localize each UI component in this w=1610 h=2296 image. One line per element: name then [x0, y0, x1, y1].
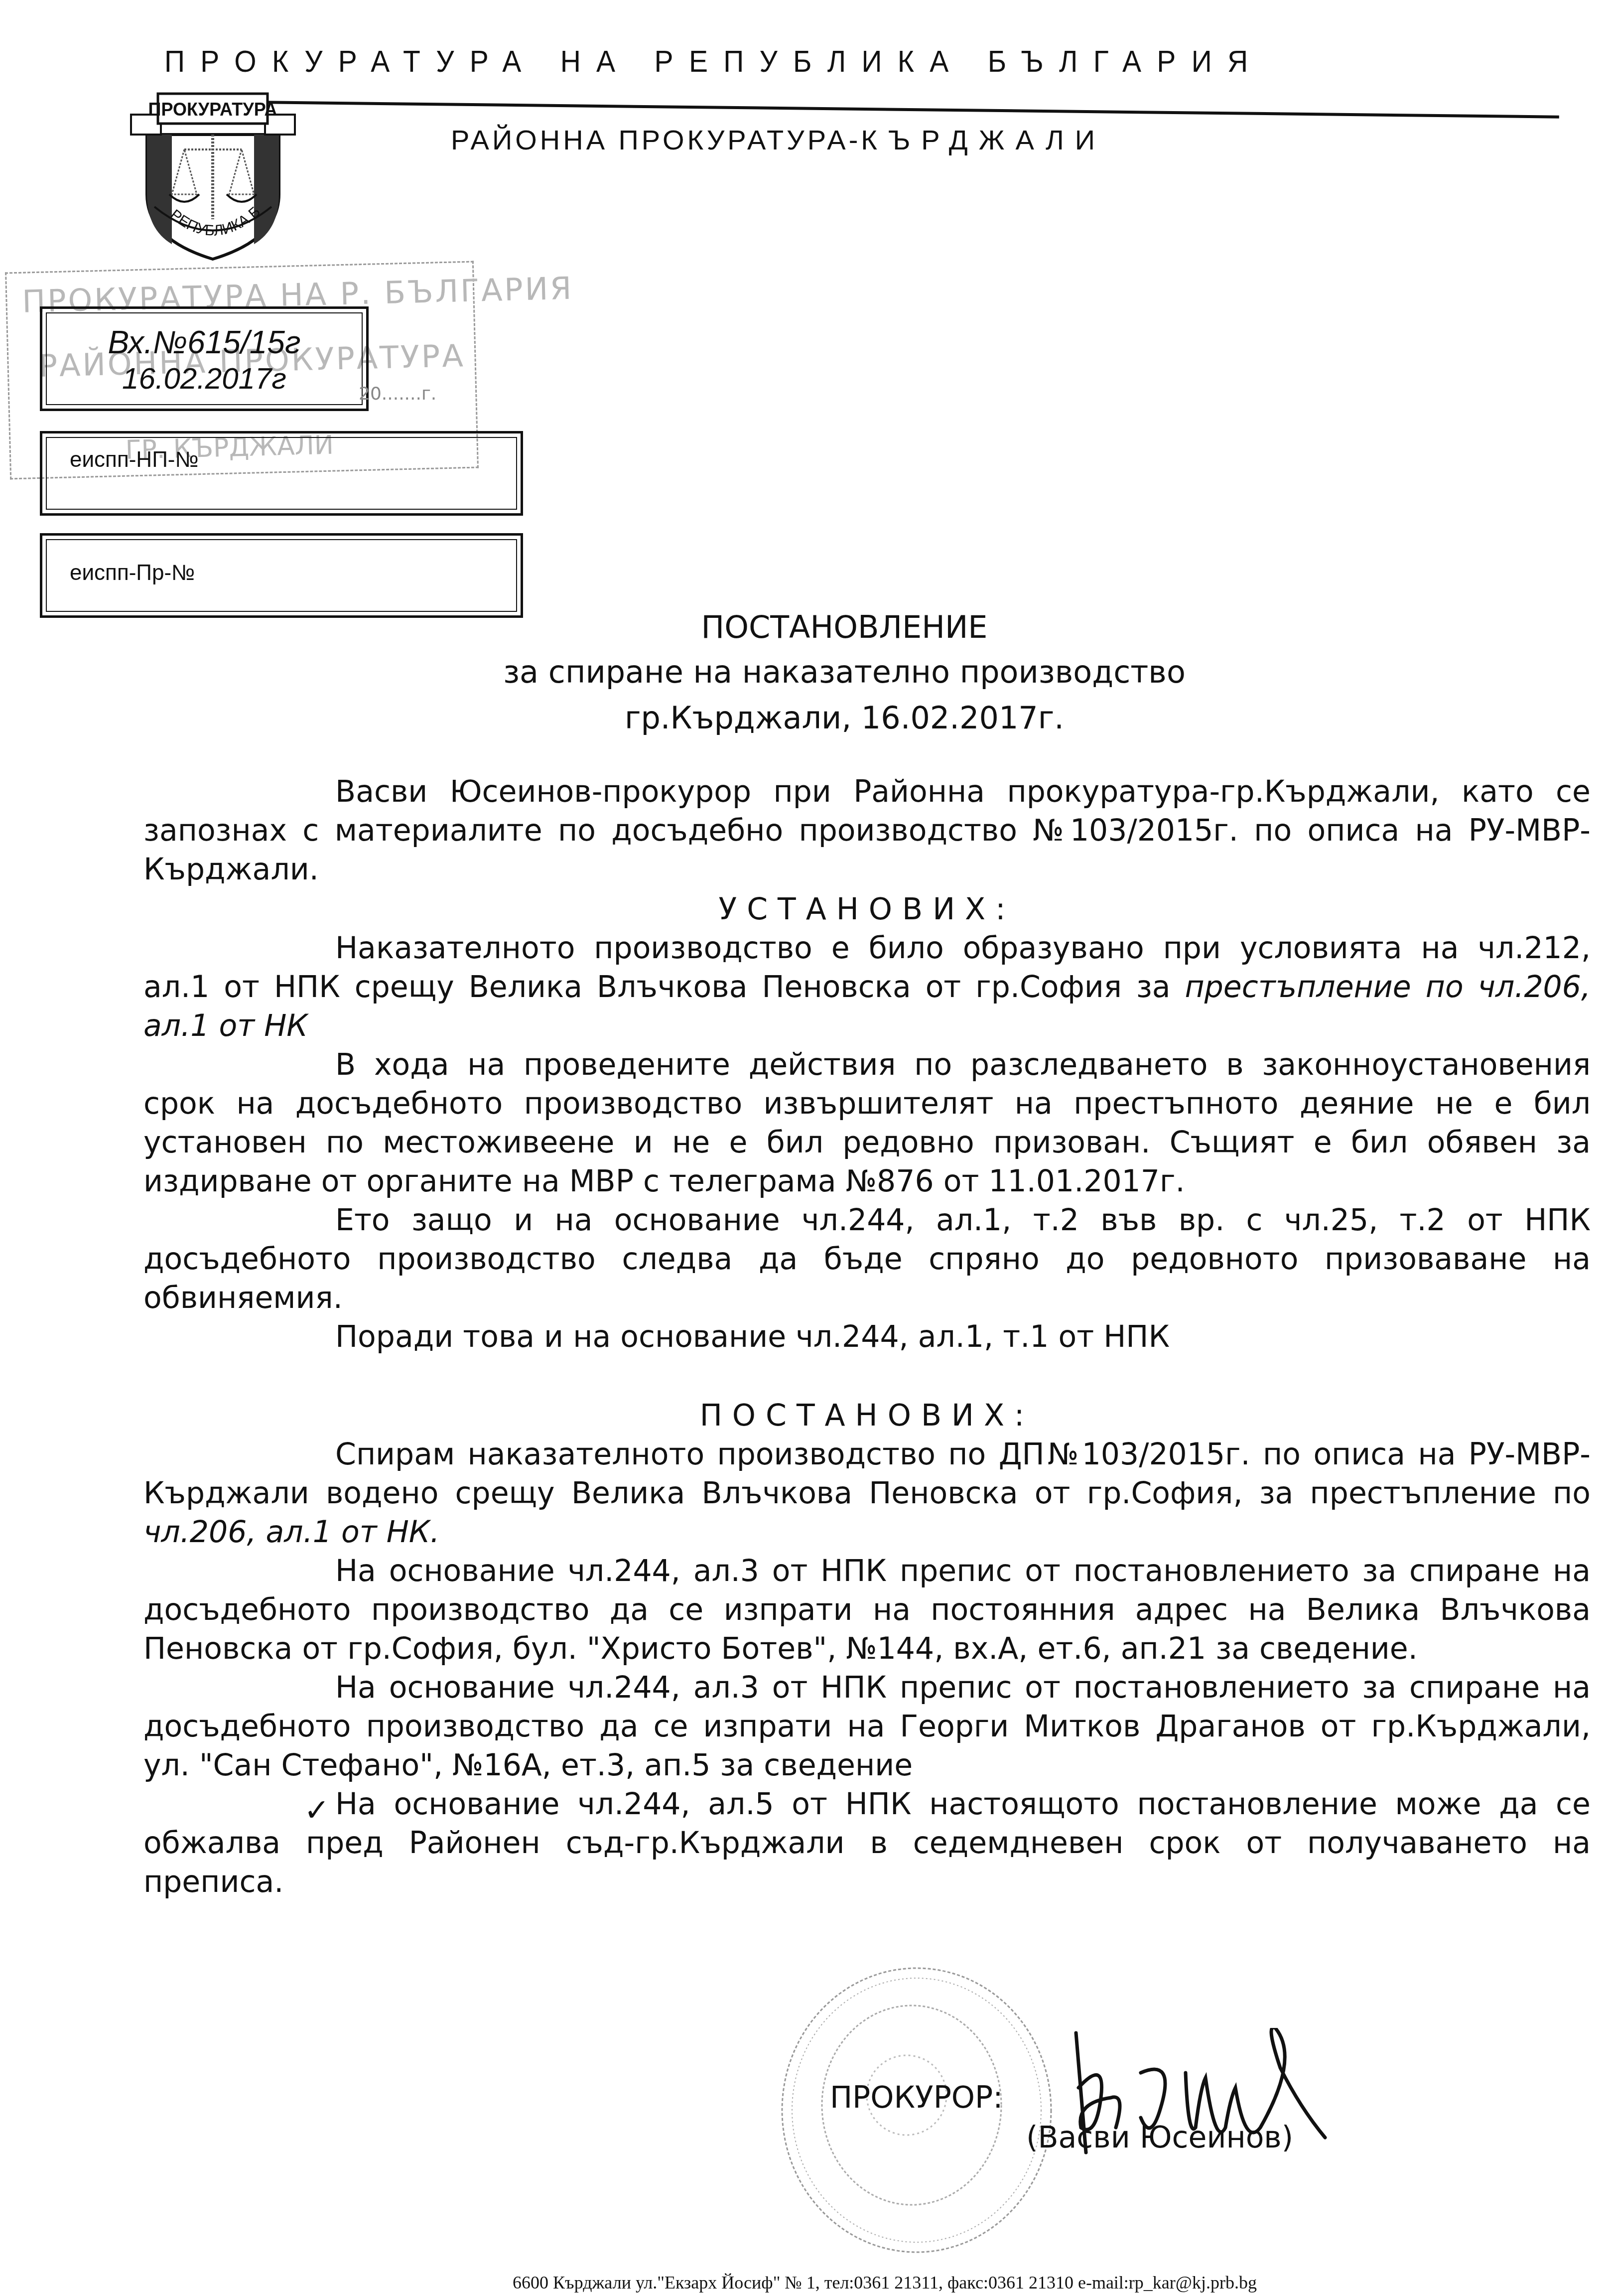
decided-paragraph-3: На основание чл.244, ал.3 от НПК препис … [143, 1668, 1591, 1785]
established-paragraph-2: В хода на проведените действия по разсле… [143, 1045, 1591, 1201]
svg-text:ПРОКУРАТУРА: ПРОКУРАТУРА [148, 99, 277, 120]
paragraph-text: Спирам наказателното производство по ДП№… [143, 1437, 1591, 1511]
office-city: КЪРДЖАЛИ [861, 124, 1106, 155]
letterhead-rule [164, 100, 1559, 119]
document-title: ПОСТАНОВЛЕНИЕ [0, 609, 1610, 645]
footer-contacts: 6600 Кърджали ул."Екзарх Йосиф" № 1, тел… [80, 2272, 1610, 2293]
decided-paragraph-1: Спирам наказателното производство по ДП№… [143, 1435, 1591, 1552]
handwritten-check-icon: ✓ [304, 1792, 330, 1828]
decided-paragraph-4: На основание чл.244, ал.5 от НПК настоящ… [143, 1785, 1591, 1901]
eispp-pr-field: еиспп-Пр-№ [40, 533, 523, 618]
document-place-date: гр.Кърджали, 16.02.2017г. [0, 700, 1610, 736]
decided-paragraph-2: На основание чл.244, ал.3 от НПК препис … [143, 1552, 1591, 1668]
prosecutor-name: (Васви Юсеинов) [1026, 2120, 1293, 2155]
document-body: Васви Юсеинов-прокурор при Районна проку… [143, 772, 1591, 1901]
intro-paragraph: Васви Юсеинов-прокурор при Районна проку… [143, 772, 1591, 889]
established-paragraph-4: Поради това и на основание чл.244, ал.1,… [143, 1317, 1591, 1356]
office-prefix: РАЙОННА ПРОКУРАТУРА- [451, 124, 861, 155]
stamp-year-suffix: 20.......г. [359, 384, 436, 404]
eispp-np-field: еиспп-НП-№ [40, 431, 523, 516]
incoming-number: Вх.№615/15г [42, 324, 366, 361]
scales-of-justice-shield-icon: ПРОКУРАТУРА РЕПУБЛИКА БЪЛГАРИЯ [127, 80, 299, 264]
established-paragraph-1: Наказателното производство е било образу… [143, 929, 1591, 1045]
paragraph-italic-text: чл.206, ал.1 от НК. [143, 1515, 440, 1550]
established-heading: УСТАНОВИХ: [143, 890, 1591, 929]
incoming-date: 16.02.2017г [42, 361, 366, 396]
prosecutor-label: ПРОКУРОР: [830, 2080, 1003, 2115]
eispp-pr-label: еиспп-Пр-№ [70, 561, 195, 585]
decided-heading: ПОСТАНОВИХ: [143, 1396, 1591, 1435]
document-subtitle: за спиране на наказателно производство [0, 654, 1610, 690]
registration-stamp: Вх.№615/15г 16.02.2017г [40, 306, 369, 411]
eispp-np-label: еиспп-НП-№ [70, 447, 199, 472]
established-paragraph-3: Ето защо и на основание чл.244, ал.1, т.… [143, 1201, 1591, 1317]
office-title: РАЙОННА ПРОКУРАТУРА-КЪРДЖАЛИ [451, 124, 1106, 156]
institution-title: ПРОКУРАТУРА НА РЕПУБЛИКА БЪЛГАРИЯ [164, 44, 1263, 79]
